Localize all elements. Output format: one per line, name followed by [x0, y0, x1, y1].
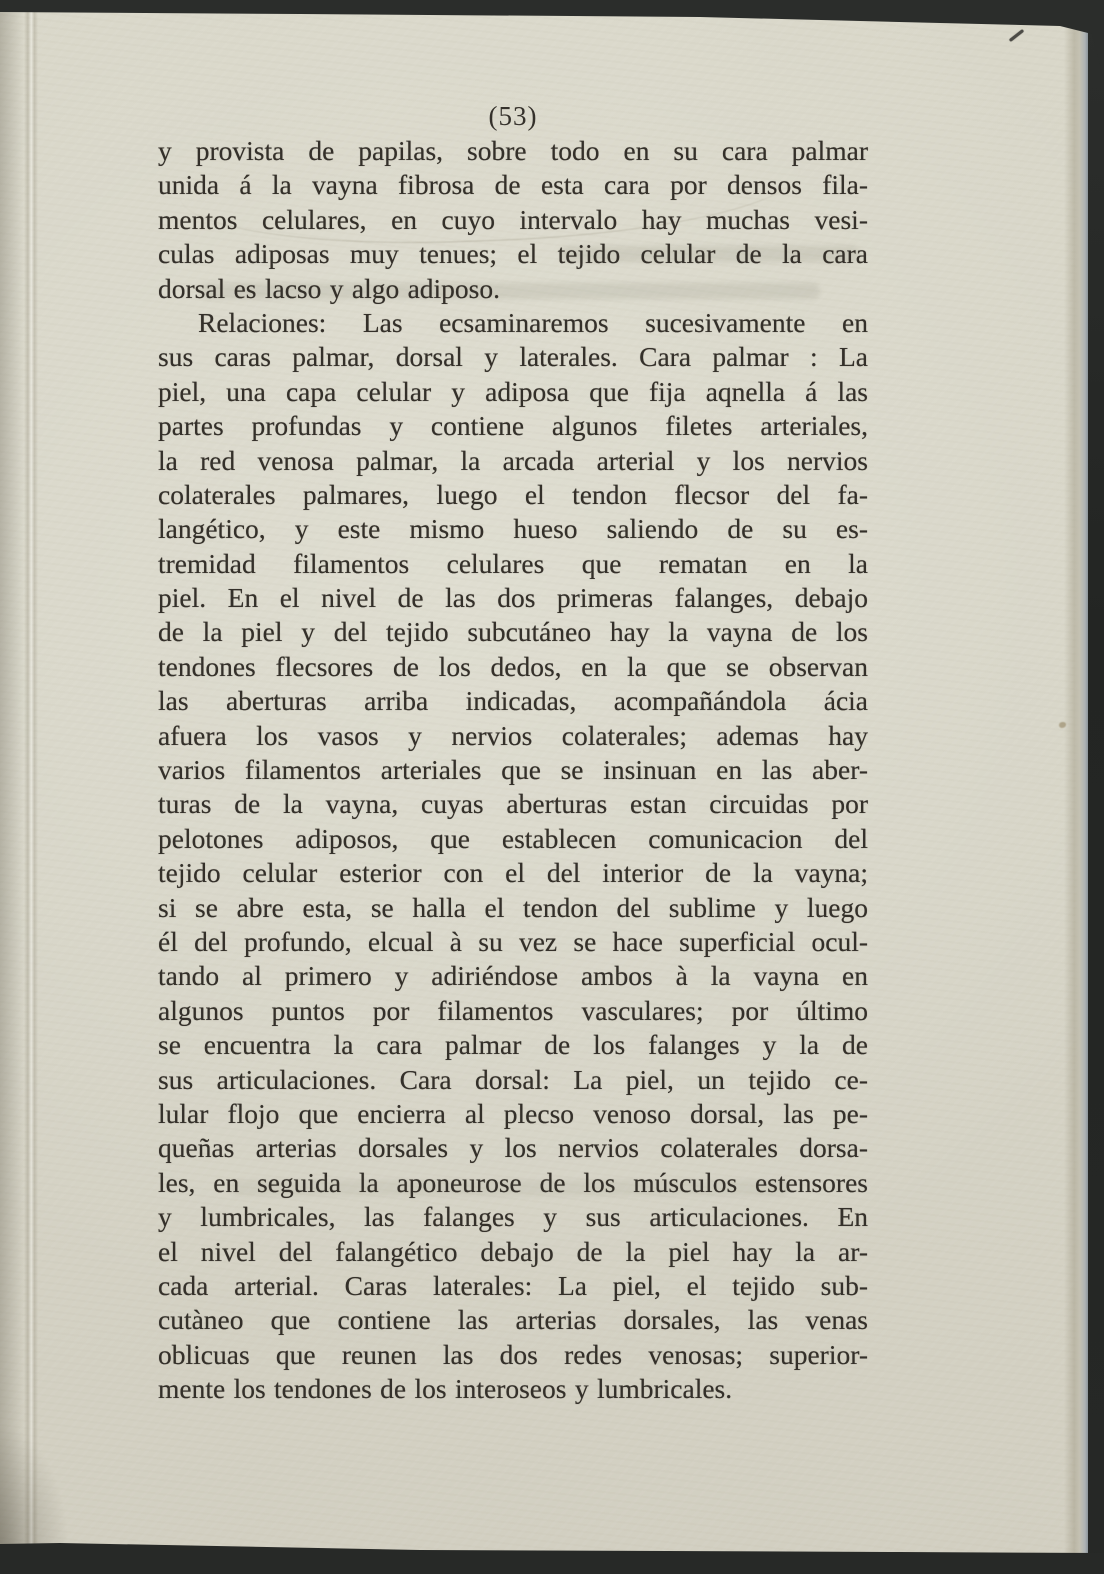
text-line: langético, y este mismo hueso saliendo d… [158, 512, 868, 546]
text-line: mente los tendones de los interoseos y l… [158, 1372, 868, 1406]
text-line: culas adiposas muy tenues; el tejido cel… [158, 237, 868, 271]
bottom-left-page-curl [0, 1424, 70, 1554]
text-line: tendones flecsores de los dedos, en la q… [158, 650, 868, 684]
text-block: y provista de papilas, sobre todo en su … [158, 134, 868, 1406]
text-line: el nivel del falangético debajo de la pi… [158, 1235, 868, 1269]
text-line: cutàneo que contiene las arterias dorsal… [158, 1303, 868, 1337]
book-scan: (53) y provista de papilas, sobre todo e… [0, 0, 1104, 1574]
text-line: sus articulaciones. Cara dorsal: La piel… [158, 1063, 868, 1097]
text-line: dorsal es lacso y algo adiposo. [158, 272, 868, 306]
text-line: tejido celular esterior con el del inter… [158, 856, 868, 890]
text-line: sus caras palmar, dorsal y laterales. Ca… [158, 340, 868, 374]
text-line: afuera los vasos y nervios colaterales; … [158, 719, 868, 753]
text-line: cada arterial. Caras laterales: La piel,… [158, 1269, 868, 1303]
text-line: tando al primero y adiriéndose ambos à l… [158, 959, 868, 993]
scan-backdrop-right [1088, 0, 1104, 1574]
text-line: queñas arterias dorsales y los nervios c… [158, 1131, 868, 1165]
text-line: él del profundo, elcual à su vez se hace… [158, 925, 868, 959]
text-line: oblicuas que reunen las dos redes venosa… [158, 1338, 868, 1372]
page-number: (53) [158, 101, 868, 132]
text-line: la red venosa palmar, la arcada arterial… [158, 444, 868, 478]
text-line: las aberturas arriba indicadas, acompañá… [158, 684, 868, 718]
text-line: piel. En el nivel de las dos primeras fa… [158, 581, 868, 615]
text-line: Relaciones: Las ecsaminaremos sucesivame… [158, 306, 868, 340]
text-line: colaterales palmares, luego el tendon fl… [158, 478, 868, 512]
text-line: si se abre esta, se halla el tendon del … [158, 891, 868, 925]
text-line: y lumbricales, las falanges y sus articu… [158, 1200, 868, 1234]
text-line: pelotones adiposos, que establecen comun… [158, 822, 868, 856]
text-line: de la piel y del tejido subcutáneo hay l… [158, 615, 868, 649]
text-line: varios filamentos arteriales que se insi… [158, 753, 868, 787]
text-line: piel, una capa celular y adiposa que fij… [158, 375, 868, 409]
text-line: tremidad filamentos celulares que remata… [158, 547, 868, 581]
binding-crease [24, 12, 38, 1560]
text-line: algunos puntos por filamentos vasculares… [158, 994, 868, 1028]
text-line: partes profundas y contiene algunos file… [158, 409, 868, 443]
text-line: mentos celulares, en cuyo intervalo hay … [158, 203, 868, 237]
text-line: les, en seguida la aponeurose de los mús… [158, 1166, 868, 1200]
text-line: y provista de papilas, sobre todo en su … [158, 134, 868, 168]
text-line: unida á la vayna fibrosa de esta cara po… [158, 168, 868, 202]
left-edge-shadow [0, 0, 24, 1574]
text-line: lular flojo que encierra al plecso venos… [158, 1097, 868, 1131]
text-line: turas de la vayna, cuyas aberturas estan… [158, 787, 868, 821]
text-line: se encuentra la cara palmar de los falan… [158, 1028, 868, 1062]
